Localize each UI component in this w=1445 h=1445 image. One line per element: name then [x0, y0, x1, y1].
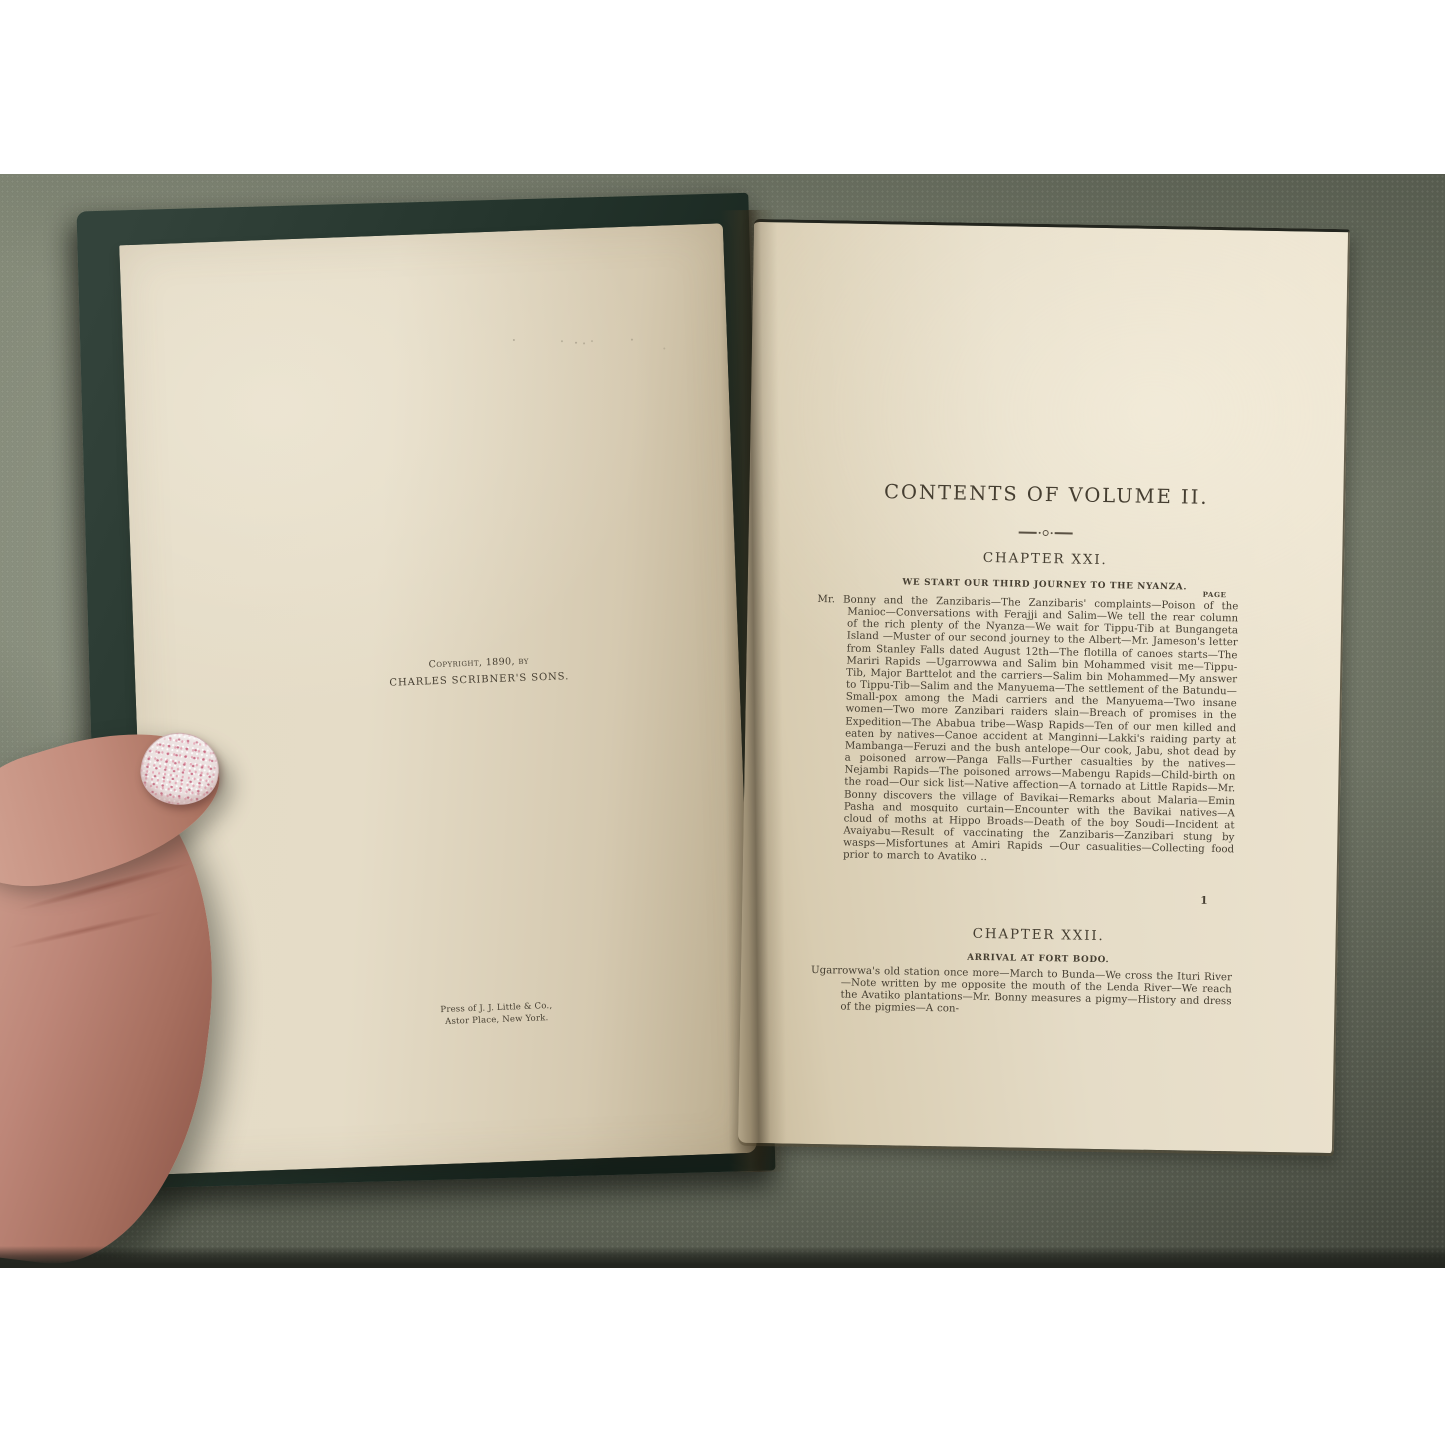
chapter-xxii-summary: Ugarrowwa's old station once more—March …: [810, 965, 1232, 1021]
photo-bottom-shadow: [0, 1246, 1445, 1268]
printer-imprint-block: Press of J. J. Little & Co., Astor Place…: [362, 997, 631, 1031]
ornament-ring: [1043, 530, 1049, 536]
right-page: CONTENTS OF VOLUME II. CHAPTER XXI. WE S…: [738, 219, 1350, 1153]
chapter-xxi-subtitle: WE START OUR THIRD JOURNEY TO THE NYANZA…: [748, 575, 1342, 595]
screenshot-root: Copyright, 1890, by CHARLES SCRIBNER'S S…: [0, 0, 1445, 1445]
book-photo: Copyright, 1890, by CHARLES SCRIBNER'S S…: [0, 174, 1445, 1268]
ornament-bar-right: [1055, 532, 1073, 534]
divider-ornament: [1019, 530, 1073, 537]
left-page: Copyright, 1890, by CHARLES SCRIBNER'S S…: [119, 223, 757, 1175]
chapter-xxii-heading: CHAPTER XXII.: [742, 922, 1336, 948]
chapter-xxi-summary: Mr. Bonny and the Zanzibaris—The Zanziba…: [813, 594, 1239, 869]
contents-title: CONTENTS OF VOLUME II.: [749, 478, 1343, 511]
pencil-marks: [513, 339, 515, 341]
ornament-bar-left: [1019, 532, 1037, 534]
ornament-dot-left: [1039, 532, 1041, 534]
copyright-block: Copyright, 1890, by CHARLES SCRIBNER'S S…: [345, 652, 614, 692]
ornament-dot-right: [1051, 532, 1053, 534]
page-column-label: PAGE: [1203, 590, 1227, 599]
chapter-xxi-page-number: 1: [1200, 895, 1208, 907]
chapter-xxi-heading: CHAPTER XXI.: [748, 546, 1342, 572]
